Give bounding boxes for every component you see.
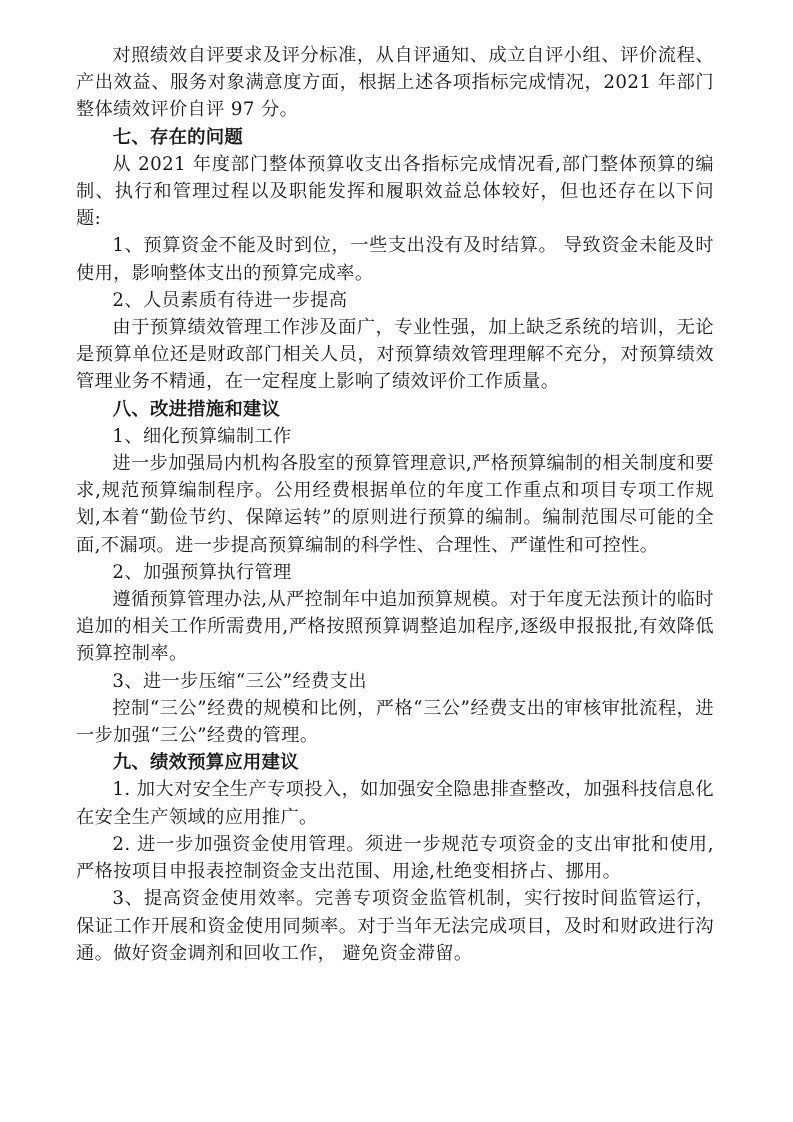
paragraph-measure-1-detail: 进一步加强局内机构各股室的预算管理意识,严格预算编制的相关制度和要求,规范预算编… <box>76 450 714 559</box>
subheading-problem-2: 2、人员素质有待进一步提高 <box>76 287 714 314</box>
paragraph-problems-intro: 从 2021 年度部门整体预算收支出各指标完成情况看,部门整体预算的编制、执行和… <box>76 151 714 233</box>
section-heading-application-suggestions: 九、绩效预算应用建议 <box>76 749 714 776</box>
paragraph-self-evaluation-score: 对照绩效自评要求及评分标准，从自评通知、成立自评小组、评价流程、产出效益、服务对… <box>76 42 714 124</box>
paragraph-measure-2-detail: 遵循预算管理办法,从严控制年中追加预算规模。对于年度无法预计的临时追加的相关工作… <box>76 586 714 668</box>
paragraph-suggestion-2: 2. 进一步加强资金使用管理。须进一步规范专项资金的支出审批和使用,严格按项目申… <box>76 831 714 885</box>
paragraph-problem-1: 1、预算资金不能及时到位，一些支出没有及时结算。 导致资金未能及时使用，影响整体… <box>76 232 714 286</box>
subheading-measure-2: 2、加强预算执行管理 <box>76 559 714 586</box>
subheading-measure-3: 3、进一步压缩“三公”经费支出 <box>76 668 714 695</box>
subheading-measure-1: 1、细化预算编制工作 <box>76 423 714 450</box>
paragraph-problem-2-detail: 由于预算绩效管理工作涉及面广，专业性强，加上缺乏系统的培训，无论是预算单位还是财… <box>76 314 714 396</box>
section-heading-improvement-measures: 八、改进措施和建议 <box>76 396 714 423</box>
paragraph-suggestion-1: 1. 加大对安全生产专项投入，如加强安全隐患排查整改，加强科技信息化在安全生产领… <box>76 776 714 830</box>
section-heading-existing-problems: 七、存在的问题 <box>76 124 714 151</box>
document-page: 对照绩效自评要求及评分标准，从自评通知、成立自评小组、评价流程、产出效益、服务对… <box>76 42 714 967</box>
paragraph-measure-3-detail: 控制“三公”经费的规模和比例，严格“三公”经费支出的审核审批流程，进一步加强“三… <box>76 695 714 749</box>
paragraph-suggestion-3: 3、提高资金使用效率。完善专项资金监管机制，实行按时间监管运行，保证工作开展和资… <box>76 885 714 967</box>
